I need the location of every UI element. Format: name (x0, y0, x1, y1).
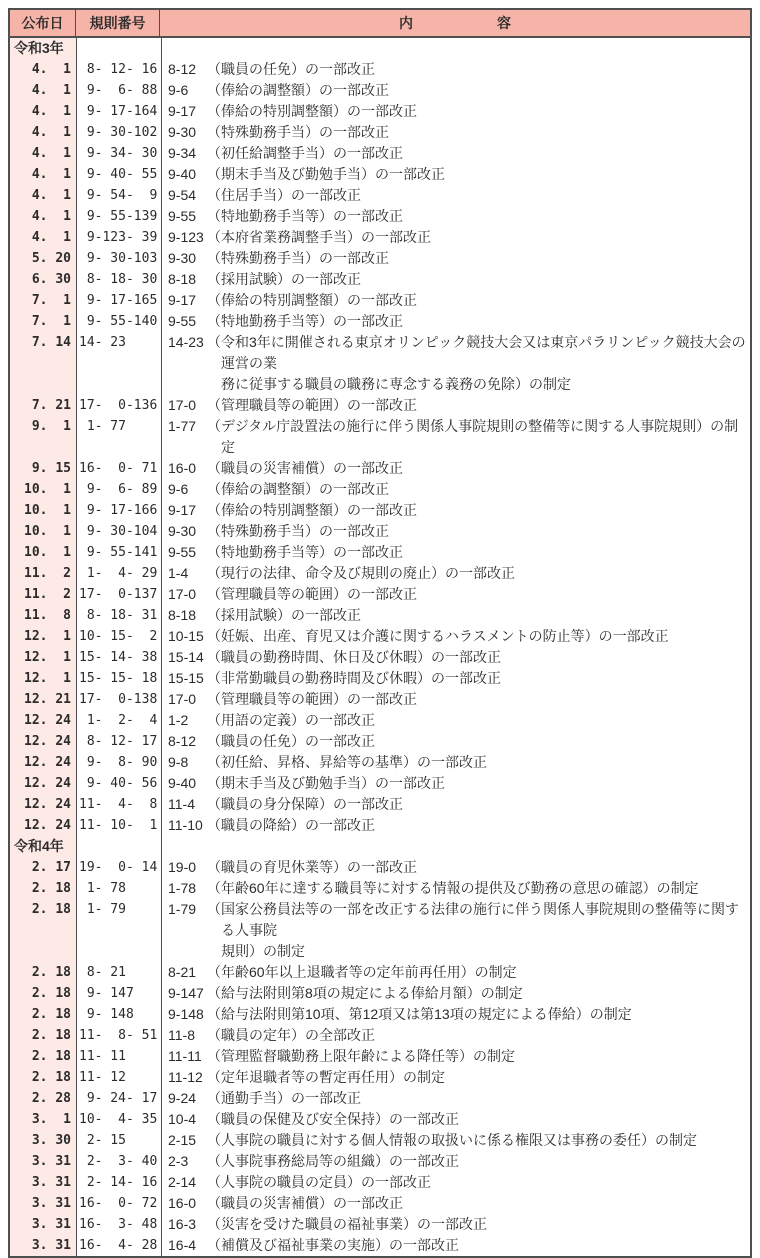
rule-description: （職員の災害補償）の一部改正 (207, 458, 750, 479)
rule-description: （非常勤職員の勤務時間及び休暇）の一部改正 (207, 668, 750, 689)
content-cell: 1-77（デジタル庁設置法の施行に伴う関係人事院規則の整備等に関する人事院規則）… (162, 416, 750, 458)
rule-description: （職員の育児休業等）の一部改正 (207, 857, 750, 878)
rule-base: 9-55 (168, 311, 207, 332)
rule-base: 8-12 (168, 59, 207, 80)
rule-number-cell: 9- 17-164 (77, 101, 162, 122)
rule-base: 9-55 (168, 206, 207, 227)
date-cell: 12. 21 (10, 689, 77, 710)
rule-description: （令和3年に開催される東京オリンピック競技大会又は東京パラリンピック競技大会の運… (207, 332, 750, 395)
content-cell (162, 836, 750, 857)
content-cell: 9-17（俸給の特別調整額）の一部改正 (162, 290, 750, 311)
rule-base: 8-12 (168, 731, 207, 752)
content-cell: 9-17（俸給の特別調整額）の一部改正 (162, 500, 750, 521)
table-row: 4. 1 9- 34- 309-34（初任給調整手当）の一部改正 (10, 143, 750, 164)
rule-description: （用語の定義）の一部改正 (207, 710, 750, 731)
rule-base: 11-10 (168, 815, 207, 836)
rule-description: （本府省業務調整手当）の一部改正 (207, 227, 750, 248)
content-cell: 17-0（管理職員等の範囲）の一部改正 (162, 584, 750, 605)
content-cell: 11-12（定年退職者等の暫定再任用）の制定 (162, 1067, 750, 1088)
rule-base: 9-6 (168, 479, 207, 500)
rule-number-cell: 14- 23 (77, 332, 162, 395)
rule-number-cell: 9-123- 39 (77, 227, 162, 248)
date-cell: 5. 20 (10, 248, 77, 269)
rule-number-cell: 9- 148 (77, 1004, 162, 1025)
date-cell: 3. 31 (10, 1193, 77, 1214)
rule-description: （期末手当及び勤勉手当）の一部改正 (207, 773, 750, 794)
rule-number-cell: 11- 4- 8 (77, 794, 162, 815)
rule-number-cell: 16- 4- 28 (77, 1235, 162, 1256)
table-row: 2. 1811- 1211-12（定年退職者等の暫定再任用）の制定 (10, 1067, 750, 1088)
rule-number-cell: 8- 21 (77, 962, 162, 983)
header-rule-number: 規則番号 (76, 10, 160, 36)
rule-base: 9-123 (168, 227, 207, 248)
rule-description: （俸給の特別調整額）の一部改正 (207, 290, 750, 311)
table-row: 7. 1 9- 55-1409-55（特地勤務手当等）の一部改正 (10, 311, 750, 332)
date-cell: 2. 18 (10, 962, 77, 983)
date-cell: 2. 18 (10, 899, 77, 962)
table-row: 3. 3116- 4- 2816-4（補償及び福祉事業の実施）の一部改正 (10, 1235, 750, 1256)
content-cell: 15-14（職員の勤務時間、休日及び休暇）の一部改正 (162, 647, 750, 668)
table-row: 12. 24 9- 8- 909-8（初任給、昇格、昇給等の基準）の一部改正 (10, 752, 750, 773)
content-cell: 19-0（職員の育児休業等）の一部改正 (162, 857, 750, 878)
content-cell: 11-10（職員の降給）の一部改正 (162, 815, 750, 836)
rule-base: 10-15 (168, 626, 207, 647)
date-cell: 6. 30 (10, 269, 77, 290)
rule-number-cell: 2- 3- 40 (77, 1151, 162, 1172)
table-row: 2. 18 1- 781-78（年齢60年に達する職員等に対する情報の提供及び勤… (10, 878, 750, 899)
rule-description: （デジタル庁設置法の施行に伴う関係人事院規則の整備等に関する人事院規則）の制定 (207, 416, 750, 458)
rule-number-cell: 9- 30-102 (77, 122, 162, 143)
rule-description: （職員の保健及び安全保持）の一部改正 (207, 1109, 750, 1130)
table-row: 4. 1 9- 30-1029-30（特殊勤務手当）の一部改正 (10, 122, 750, 143)
content-cell: 9-55（特地勤務手当等）の一部改正 (162, 311, 750, 332)
rule-base: 9-40 (168, 164, 207, 185)
rule-number-cell: 15- 14- 38 (77, 647, 162, 668)
rule-base: 15-14 (168, 647, 207, 668)
rule-base: 8-18 (168, 605, 207, 626)
content-cell: 11-8（職員の定年）の全部改正 (162, 1025, 750, 1046)
era-label-cell: 令和3年 (10, 38, 77, 59)
rule-number-cell: 2- 14- 16 (77, 1172, 162, 1193)
rule-description: （特殊勤務手当）の一部改正 (207, 248, 750, 269)
date-cell: 10. 1 (10, 521, 77, 542)
rule-number-cell: 9- 30-103 (77, 248, 162, 269)
table-row: 12. 24 8- 12- 178-12（職員の任免）の一部改正 (10, 731, 750, 752)
table-row: 3. 31 2- 3- 402-3（人事院事務総局等の組織）の一部改正 (10, 1151, 750, 1172)
rule-base: 9-30 (168, 248, 207, 269)
table-row: 3. 30 2- 152-15（人事院の職員に対する個人情報の取扱いに係る権限又… (10, 1130, 750, 1151)
content-cell: 8-18（採用試験）の一部改正 (162, 605, 750, 626)
rule-description: （俸給の調整額）の一部改正 (207, 80, 750, 101)
content-cell: 9-147（給与法附則第8項の規定による俸給月額）の制定 (162, 983, 750, 1004)
rule-description: （採用試験）の一部改正 (207, 269, 750, 290)
content-cell: 9-24（通勤手当）の一部改正 (162, 1088, 750, 1109)
content-cell: 9-30（特殊勤務手当）の一部改正 (162, 122, 750, 143)
date-cell: 10. 1 (10, 542, 77, 563)
rule-number-cell: 9- 30-104 (77, 521, 162, 542)
table-row: 12. 115- 15- 1815-15（非常勤職員の勤務時間及び休暇）の一部改… (10, 668, 750, 689)
rule-description: （採用試験）の一部改正 (207, 605, 750, 626)
date-cell: 2. 18 (10, 1067, 77, 1088)
rule-description: （人事院の職員に対する個人情報の取扱いに係る権限又は事務の委任）の制定 (207, 1130, 750, 1151)
date-cell: 3. 31 (10, 1235, 77, 1256)
date-cell: 2. 18 (10, 878, 77, 899)
table-row: 4. 1 9- 54- 99-54（住居手当）の一部改正 (10, 185, 750, 206)
rule-number-cell: 11- 10- 1 (77, 815, 162, 836)
rule-description: （特地勤務手当等）の一部改正 (207, 311, 750, 332)
rule-base: 9-40 (168, 773, 207, 794)
table-row: 10. 1 9- 55-1419-55（特地勤務手当等）の一部改正 (10, 542, 750, 563)
table-row: 4. 1 8- 12- 168-12（職員の任免）の一部改正 (10, 59, 750, 80)
rule-base: 2-14 (168, 1172, 207, 1193)
rule-description: （特殊勤務手当）の一部改正 (207, 521, 750, 542)
rule-base: 1-79 (168, 899, 207, 962)
rule-base: 1-4 (168, 563, 207, 584)
rule-base: 11-4 (168, 794, 207, 815)
content-cell: 10-15（妊娠、出産、育児又は介護に関するハラスメントの防止等）の一部改正 (162, 626, 750, 647)
date-cell: 4. 1 (10, 185, 77, 206)
rule-number-cell: 11- 12 (77, 1067, 162, 1088)
rule-number-cell: 8- 18- 30 (77, 269, 162, 290)
rule-base: 11-11 (168, 1046, 207, 1067)
rule-base: 1-2 (168, 710, 207, 731)
content-cell: 1-79（国家公務員法等の一部を改正する法律の施行に伴う関係人事院規則の整備等に… (162, 899, 750, 962)
date-cell: 12. 1 (10, 647, 77, 668)
rule-number-cell: 1- 4- 29 (77, 563, 162, 584)
table-row: 12. 2411- 10- 111-10（職員の降給）の一部改正 (10, 815, 750, 836)
content-cell: 9-55（特地勤務手当等）の一部改正 (162, 542, 750, 563)
table-row: 10. 1 9- 17-1669-17（俸給の特別調整額）の一部改正 (10, 500, 750, 521)
table-row: 10. 1 9- 6- 899-6（俸給の調整額）の一部改正 (10, 479, 750, 500)
date-cell: 4. 1 (10, 164, 77, 185)
content-cell: 16-4（補償及び福祉事業の実施）の一部改正 (162, 1235, 750, 1256)
rule-description: （特殊勤務手当）の一部改正 (207, 122, 750, 143)
content-cell: 9-148（給与法附則第10項、第12項又は第13項の規定による俸給）の制定 (162, 1004, 750, 1025)
rule-description: （期末手当及び勤勉手当）の一部改正 (207, 164, 750, 185)
rule-number-cell: 8- 12- 17 (77, 731, 162, 752)
content-cell: 9-123（本府省業務調整手当）の一部改正 (162, 227, 750, 248)
table-row: 2. 1811- 8- 5111-8（職員の定年）の全部改正 (10, 1025, 750, 1046)
rule-base: 8-21 (168, 962, 207, 983)
rule-base: 17-0 (168, 584, 207, 605)
rule-number-cell: 10- 4- 35 (77, 1109, 162, 1130)
rule-number-cell: 9- 24- 17 (77, 1088, 162, 1109)
rule-base: 9-6 (168, 80, 207, 101)
table-row: 7. 1 9- 17-1659-17（俸給の特別調整額）の一部改正 (10, 290, 750, 311)
date-cell: 3. 31 (10, 1214, 77, 1235)
date-cell: 2. 18 (10, 1025, 77, 1046)
rule-base: 9-17 (168, 290, 207, 311)
rule-base: 15-15 (168, 668, 207, 689)
rule-description: （人事院の職員の定員）の一部改正 (207, 1172, 750, 1193)
rule-base: 9-55 (168, 542, 207, 563)
content-cell: 1-78（年齢60年に達する職員等に対する情報の提供及び勤務の意思の確認）の制定 (162, 878, 750, 899)
rule-description: （俸給の特別調整額）の一部改正 (207, 101, 750, 122)
date-cell: 7. 1 (10, 290, 77, 311)
date-cell: 10. 1 (10, 479, 77, 500)
rule-base: 17-0 (168, 395, 207, 416)
date-cell: 12. 24 (10, 815, 77, 836)
content-cell: 9-6（俸給の調整額）の一部改正 (162, 80, 750, 101)
table-row: 12. 2411- 4- 811-4（職員の身分保障）の一部改正 (10, 794, 750, 815)
rule-number-cell: 16- 3- 48 (77, 1214, 162, 1235)
date-cell: 12. 24 (10, 710, 77, 731)
date-cell: 7. 1 (10, 311, 77, 332)
rule-number-cell: 19- 0- 14 (77, 857, 162, 878)
rule-number-cell: 8- 18- 31 (77, 605, 162, 626)
rule-base: 9-30 (168, 122, 207, 143)
table-row: 11. 217- 0-13717-0（管理職員等の範囲）の一部改正 (10, 584, 750, 605)
content-cell: 8-12（職員の任免）の一部改正 (162, 731, 750, 752)
content-cell: 8-18（採用試験）の一部改正 (162, 269, 750, 290)
table-row: 7. 2117- 0-13617-0（管理職員等の範囲）の一部改正 (10, 395, 750, 416)
rule-number-cell: 9- 6- 88 (77, 80, 162, 101)
content-cell: 11-4（職員の身分保障）の一部改正 (162, 794, 750, 815)
rule-base: 19-0 (168, 857, 207, 878)
rule-base: 2-15 (168, 1130, 207, 1151)
rule-number-cell: 9- 40- 56 (77, 773, 162, 794)
content-cell: 2-14（人事院の職員の定員）の一部改正 (162, 1172, 750, 1193)
content-cell: 9-30（特殊勤務手当）の一部改正 (162, 521, 750, 542)
rule-base: 9-54 (168, 185, 207, 206)
rule-number-cell: 2- 15 (77, 1130, 162, 1151)
era-label-cell: 令和4年 (10, 836, 77, 857)
rule-base: 8-18 (168, 269, 207, 290)
rule-number-cell: 9- 6- 89 (77, 479, 162, 500)
rule-number-cell: 9- 34- 30 (77, 143, 162, 164)
rule-base: 9-30 (168, 521, 207, 542)
rule-number-cell: 11- 8- 51 (77, 1025, 162, 1046)
content-cell: 16-3（災害を受けた職員の福祉事業）の一部改正 (162, 1214, 750, 1235)
rule-number-cell (77, 836, 162, 857)
rule-number-cell: 11- 11 (77, 1046, 162, 1067)
rule-description: （年齢60年以上退職者等の定年前再任用）の制定 (207, 962, 750, 983)
rule-description: （初任給、昇格、昇給等の基準）の一部改正 (207, 752, 750, 773)
table-row: 2. 1719- 0- 1419-0（職員の育児休業等）の一部改正 (10, 857, 750, 878)
table-row: 3. 110- 4- 3510-4（職員の保健及び安全保持）の一部改正 (10, 1109, 750, 1130)
content-cell: 9-17（俸給の特別調整額）の一部改正 (162, 101, 750, 122)
table-row: 7. 1414- 2314-23（令和3年に開催される東京オリンピック競技大会又… (10, 332, 750, 395)
rule-number-cell: 1- 78 (77, 878, 162, 899)
rule-base: 9-17 (168, 500, 207, 521)
date-cell: 2. 28 (10, 1088, 77, 1109)
rule-description: （人事院事務総局等の組織）の一部改正 (207, 1151, 750, 1172)
table-row: 2. 18 8- 218-21（年齢60年以上退職者等の定年前再任用）の制定 (10, 962, 750, 983)
table-row: 11. 8 8- 18- 318-18（採用試験）の一部改正 (10, 605, 750, 626)
content-cell: 2-3（人事院事務総局等の組織）の一部改正 (162, 1151, 750, 1172)
date-cell: 4. 1 (10, 143, 77, 164)
table-row: 6. 30 8- 18- 308-18（採用試験）の一部改正 (10, 269, 750, 290)
rule-number-cell: 17- 0-137 (77, 584, 162, 605)
table-header-row: 公布日 規則番号 内 容 (10, 10, 750, 38)
table-row: 3. 3116- 0- 7216-0（職員の災害補償）の一部改正 (10, 1193, 750, 1214)
table-row: 12. 24 1- 2- 41-2（用語の定義）の一部改正 (10, 710, 750, 731)
header-date: 公布日 (10, 10, 76, 36)
rule-base: 16-4 (168, 1235, 207, 1256)
table-row: 4. 1 9- 55-1399-55（特地勤務手当等）の一部改正 (10, 206, 750, 227)
rule-description: （給与法附則第10項、第12項又は第13項の規定による俸給）の制定 (207, 1004, 750, 1025)
rule-number-cell: 17- 0-138 (77, 689, 162, 710)
rule-number-cell: 9- 55-139 (77, 206, 162, 227)
table-row: 4. 1 9- 17-1649-17（俸給の特別調整額）の一部改正 (10, 101, 750, 122)
date-cell: 2. 18 (10, 1004, 77, 1025)
date-cell: 9. 1 (10, 416, 77, 458)
rule-base: 10-4 (168, 1109, 207, 1130)
date-cell: 3. 1 (10, 1109, 77, 1130)
rule-base: 9-8 (168, 752, 207, 773)
date-cell: 3. 30 (10, 1130, 77, 1151)
table-row: 9. 1516- 0- 7116-0（職員の災害補償）の一部改正 (10, 458, 750, 479)
rules-table: 公布日 規則番号 内 容 令和3年4. 1 8- 12- 168-12（職員の任… (8, 8, 752, 1258)
table-row: 12. 110- 15- 210-15（妊娠、出産、育児又は介護に関するハラスメ… (10, 626, 750, 647)
date-cell: 4. 1 (10, 122, 77, 143)
rule-number-cell (77, 38, 162, 59)
content-cell: 8-21（年齢60年以上退職者等の定年前再任用）の制定 (162, 962, 750, 983)
table-row: 2. 28 9- 24- 179-24（通勤手当）の一部改正 (10, 1088, 750, 1109)
date-cell: 4. 1 (10, 80, 77, 101)
content-cell: 14-23（令和3年に開催される東京オリンピック競技大会又は東京パラリンピック競… (162, 332, 750, 395)
rule-description: （年齢60年に達する職員等に対する情報の提供及び勤務の意思の確認）の制定 (207, 878, 750, 899)
content-cell: 1-4（現行の法律、命令及び規則の廃止）の一部改正 (162, 563, 750, 584)
content-cell: 17-0（管理職員等の範囲）の一部改正 (162, 395, 750, 416)
rule-description: （職員の災害補償）の一部改正 (207, 1193, 750, 1214)
rule-description: （補償及び福祉事業の実施）の一部改正 (207, 1235, 750, 1256)
content-cell: 16-0（職員の災害補償）の一部改正 (162, 1193, 750, 1214)
table-row: 2. 1811- 1111-11（管理監督職勤務上限年齢による降任等）の制定 (10, 1046, 750, 1067)
rule-number-cell: 8- 12- 16 (77, 59, 162, 80)
rule-number-cell: 9- 17-165 (77, 290, 162, 311)
rule-number-cell: 1- 77 (77, 416, 162, 458)
rule-base: 2-3 (168, 1151, 207, 1172)
rule-number-cell: 9- 55-140 (77, 311, 162, 332)
rule-description: （管理監督職勤務上限年齢による降任等）の制定 (207, 1046, 750, 1067)
rule-description: （職員の任免）の一部改正 (207, 731, 750, 752)
era-row: 令和4年 (10, 836, 750, 857)
rule-description: （管理職員等の範囲）の一部改正 (207, 584, 750, 605)
rule-description: （国家公務員法等の一部を改正する法律の施行に伴う関係人事院規則の整備等に関する人… (207, 899, 750, 962)
rule-number-cell: 10- 15- 2 (77, 626, 162, 647)
table-row: 3. 3116- 3- 4816-3（災害を受けた職員の福祉事業）の一部改正 (10, 1214, 750, 1235)
rule-base: 11-8 (168, 1025, 207, 1046)
content-cell: 17-0（管理職員等の範囲）の一部改正 (162, 689, 750, 710)
date-cell: 12. 24 (10, 731, 77, 752)
date-cell: 12. 24 (10, 794, 77, 815)
rule-number-cell: 17- 0-136 (77, 395, 162, 416)
content-cell: 9-40（期末手当及び勤勉手当）の一部改正 (162, 164, 750, 185)
rule-number-cell: 9- 147 (77, 983, 162, 1004)
rule-base: 11-12 (168, 1067, 207, 1088)
rule-base: 16-0 (168, 1193, 207, 1214)
date-cell: 2. 18 (10, 983, 77, 1004)
date-cell: 11. 2 (10, 584, 77, 605)
table-row: 5. 20 9- 30-1039-30（特殊勤務手当）の一部改正 (10, 248, 750, 269)
rule-number-cell: 9- 40- 55 (77, 164, 162, 185)
date-cell: 4. 1 (10, 227, 77, 248)
content-cell: 9-34（初任給調整手当）の一部改正 (162, 143, 750, 164)
date-cell: 2. 17 (10, 857, 77, 878)
table-row: 10. 1 9- 30-1049-30（特殊勤務手当）の一部改正 (10, 521, 750, 542)
rule-description: （職員の定年）の全部改正 (207, 1025, 750, 1046)
table-row: 2. 18 9- 1489-148（給与法附則第10項、第12項又は第13項の規… (10, 1004, 750, 1025)
era-row: 令和3年 (10, 38, 750, 59)
date-cell: 12. 24 (10, 752, 77, 773)
rule-base: 17-0 (168, 689, 207, 710)
date-cell: 7. 14 (10, 332, 77, 395)
rule-description: （初任給調整手当）の一部改正 (207, 143, 750, 164)
table-row: 12. 115- 14- 3815-14（職員の勤務時間、休日及び休暇）の一部改… (10, 647, 750, 668)
table-row: 9. 1 1- 771-77（デジタル庁設置法の施行に伴う関係人事院規則の整備等… (10, 416, 750, 458)
date-cell: 4. 1 (10, 206, 77, 227)
rule-number-cell: 16- 0- 71 (77, 458, 162, 479)
date-cell: 11. 2 (10, 563, 77, 584)
date-cell: 12. 24 (10, 773, 77, 794)
rule-number-cell: 9- 55-141 (77, 542, 162, 563)
content-cell: 9-6（俸給の調整額）の一部改正 (162, 479, 750, 500)
table-row: 11. 2 1- 4- 291-4（現行の法律、命令及び規則の廃止）の一部改正 (10, 563, 750, 584)
rule-base: 9-17 (168, 101, 207, 122)
rule-description: （特地勤務手当等）の一部改正 (207, 542, 750, 563)
content-cell: 9-30（特殊勤務手当）の一部改正 (162, 248, 750, 269)
table-row: 4. 1 9- 40- 559-40（期末手当及び勤勉手当）の一部改正 (10, 164, 750, 185)
rule-base: 1-78 (168, 878, 207, 899)
content-cell: 1-2（用語の定義）の一部改正 (162, 710, 750, 731)
content-cell: 8-12（職員の任免）の一部改正 (162, 59, 750, 80)
rule-base: 9-147 (168, 983, 207, 1004)
content-cell: 9-8（初任給、昇格、昇給等の基準）の一部改正 (162, 752, 750, 773)
date-cell: 2. 18 (10, 1046, 77, 1067)
rule-description: （管理職員等の範囲）の一部改正 (207, 395, 750, 416)
rule-base: 14-23 (168, 332, 207, 395)
rule-number-cell: 9- 17-166 (77, 500, 162, 521)
content-cell: 15-15（非常勤職員の勤務時間及び休暇）の一部改正 (162, 668, 750, 689)
rule-description: （住居手当）の一部改正 (207, 185, 750, 206)
content-cell: 9-40（期末手当及び勤勉手当）の一部改正 (162, 773, 750, 794)
rule-base: 9-24 (168, 1088, 207, 1109)
date-cell: 12. 1 (10, 626, 77, 647)
table-body: 令和3年4. 1 8- 12- 168-12（職員の任免）の一部改正4. 1 9… (10, 38, 750, 1256)
content-cell: 2-15（人事院の職員に対する個人情報の取扱いに係る権限又は事務の委任）の制定 (162, 1130, 750, 1151)
rule-base: 16-0 (168, 458, 207, 479)
rule-description: （妊娠、出産、育児又は介護に関するハラスメントの防止等）の一部改正 (207, 626, 750, 647)
rule-description: （給与法附則第8項の規定による俸給月額）の制定 (207, 983, 750, 1004)
rule-number-cell: 9- 54- 9 (77, 185, 162, 206)
rule-description: （現行の法律、命令及び規則の廃止）の一部改正 (207, 563, 750, 584)
rule-description: （特地勤務手当等）の一部改正 (207, 206, 750, 227)
rule-description: （災害を受けた職員の福祉事業）の一部改正 (207, 1214, 750, 1235)
date-cell: 10. 1 (10, 500, 77, 521)
table-row: 4. 1 9- 6- 889-6（俸給の調整額）の一部改正 (10, 80, 750, 101)
rule-description: （職員の任免）の一部改正 (207, 59, 750, 80)
content-cell (162, 38, 750, 59)
table-row: 4. 1 9-123- 399-123（本府省業務調整手当）の一部改正 (10, 227, 750, 248)
rule-number-cell: 1- 2- 4 (77, 710, 162, 731)
rule-description: （職員の勤務時間、休日及び休暇）の一部改正 (207, 647, 750, 668)
content-cell: 10-4（職員の保健及び安全保持）の一部改正 (162, 1109, 750, 1130)
table-row: 3. 31 2- 14- 162-14（人事院の職員の定員）の一部改正 (10, 1172, 750, 1193)
rule-description: （職員の身分保障）の一部改正 (207, 794, 750, 815)
header-content: 内 容 (160, 10, 750, 36)
rule-number-cell: 16- 0- 72 (77, 1193, 162, 1214)
table-row: 2. 18 1- 791-79（国家公務員法等の一部を改正する法律の施行に伴う関… (10, 899, 750, 962)
rule-base: 9-34 (168, 143, 207, 164)
content-cell: 16-0（職員の災害補償）の一部改正 (162, 458, 750, 479)
table-row: 2. 18 9- 1479-147（給与法附則第8項の規定による俸給月額）の制定 (10, 983, 750, 1004)
rule-description: （定年退職者等の暫定再任用）の制定 (207, 1067, 750, 1088)
rule-number-cell: 1- 79 (77, 899, 162, 962)
rule-base: 1-77 (168, 416, 207, 458)
rule-number-cell: 9- 8- 90 (77, 752, 162, 773)
date-cell: 9. 15 (10, 458, 77, 479)
